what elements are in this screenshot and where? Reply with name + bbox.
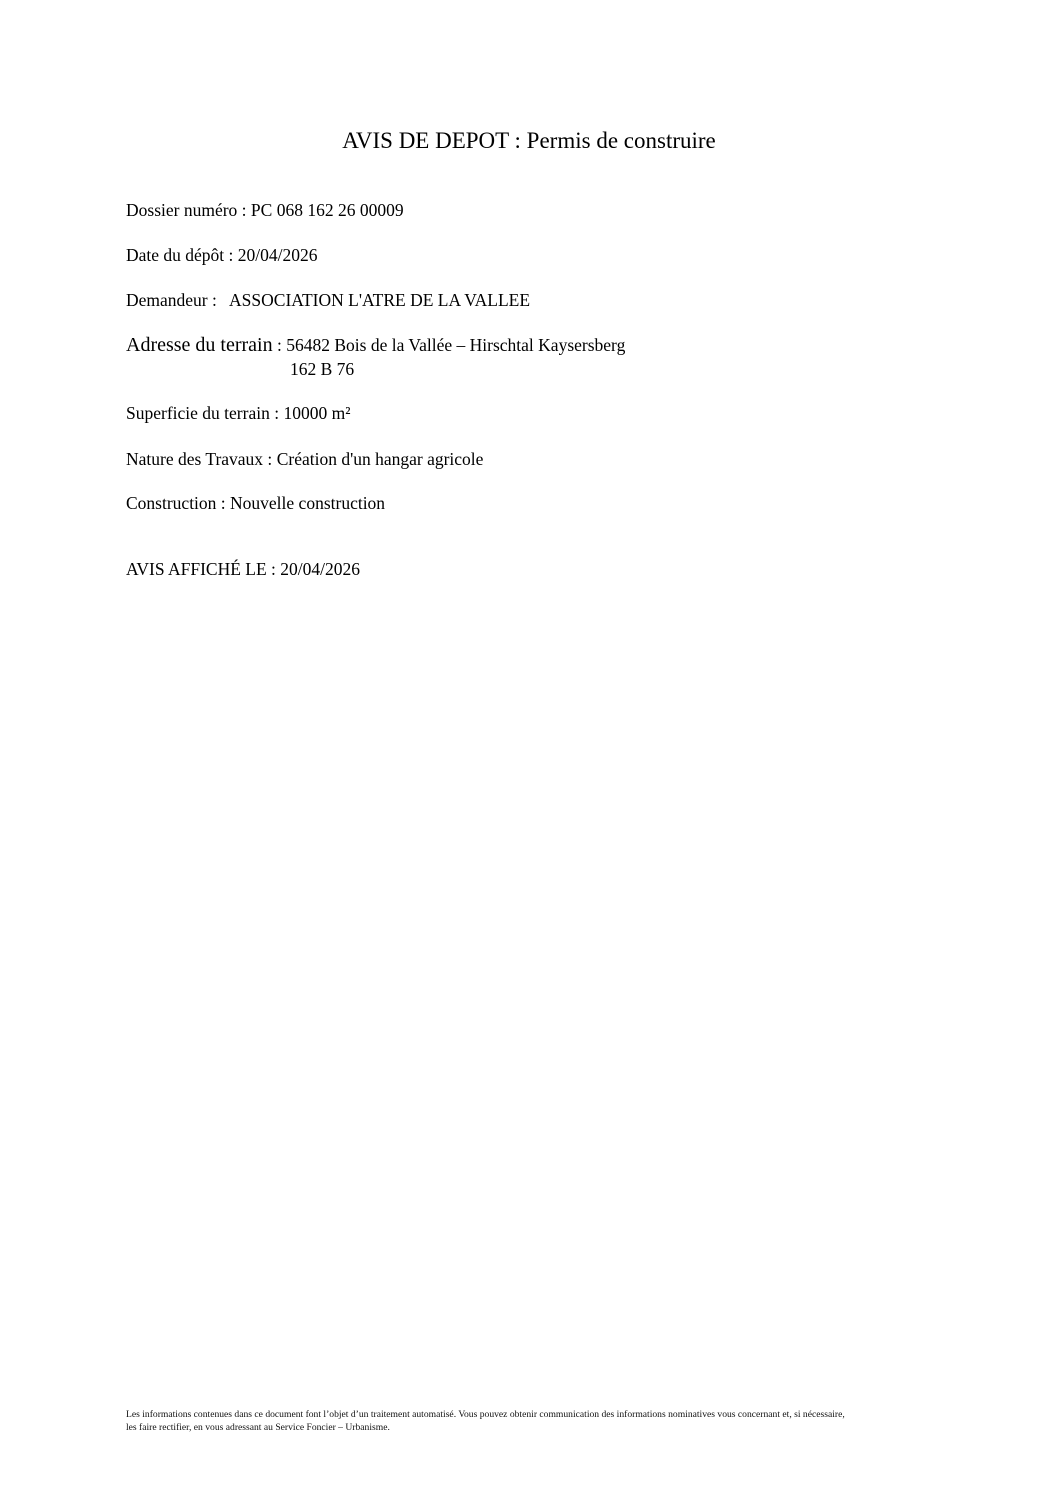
field-value: 20/04/2026 bbox=[238, 245, 318, 265]
field-value: PC 068 162 26 00009 bbox=[251, 200, 404, 220]
posted-date-field: AVIS AFFICHÉ LE : 20/04/2026 bbox=[126, 558, 360, 580]
field-label: Construction : bbox=[126, 493, 230, 513]
field-value: Création d'un hangar agricole bbox=[277, 449, 484, 469]
field-value: 20/04/2026 bbox=[280, 559, 360, 579]
construction-type-field: Construction : Nouvelle construction bbox=[126, 492, 385, 514]
title-text: AVIS DE DEPOT : Permis de construire bbox=[342, 128, 716, 153]
field-value: 10000 m² bbox=[283, 403, 350, 423]
land-address-field: Adresse du terrain : 56482 Bois de la Va… bbox=[126, 334, 625, 356]
dossier-number-field: Dossier numéro : PC 068 162 26 00009 bbox=[126, 199, 404, 221]
field-value: 56482 Bois de la Vallée – Hirschtal Kays… bbox=[286, 335, 625, 355]
field-label: Adresse du terrain bbox=[126, 334, 273, 356]
field-label: Superficie du terrain : bbox=[126, 403, 283, 423]
field-value: 162 B 76 bbox=[290, 359, 354, 379]
work-nature-field: Nature des Travaux : Création d'un hanga… bbox=[126, 448, 483, 470]
field-label: Dossier numéro : bbox=[126, 200, 251, 220]
field-value: ASSOCIATION L'ATRE DE LA VALLEE bbox=[229, 290, 530, 310]
field-label: Demandeur : bbox=[126, 290, 229, 310]
land-area-field: Superficie du terrain : 10000 m² bbox=[126, 402, 350, 424]
document-title: AVIS DE DEPOT : Permis de construire bbox=[0, 126, 1058, 156]
privacy-footer: Les informations contenues dans ce docum… bbox=[126, 1408, 936, 1434]
footer-line-1: Les informations contenues dans ce docum… bbox=[126, 1408, 936, 1421]
footer-line-2: les faire rectifier, en vous adressant a… bbox=[126, 1421, 936, 1434]
land-address-line2: 162 B 76 bbox=[290, 358, 354, 380]
field-value: Nouvelle construction bbox=[230, 493, 385, 513]
field-label: Date du dépôt : bbox=[126, 245, 238, 265]
applicant-field: Demandeur : ASSOCIATION L'ATRE DE LA VAL… bbox=[126, 289, 530, 311]
field-separator: : bbox=[273, 335, 287, 355]
deposit-date-field: Date du dépôt : 20/04/2026 bbox=[126, 244, 318, 266]
field-label: Nature des Travaux : bbox=[126, 449, 277, 469]
field-label: AVIS AFFICHÉ LE : bbox=[126, 559, 280, 579]
